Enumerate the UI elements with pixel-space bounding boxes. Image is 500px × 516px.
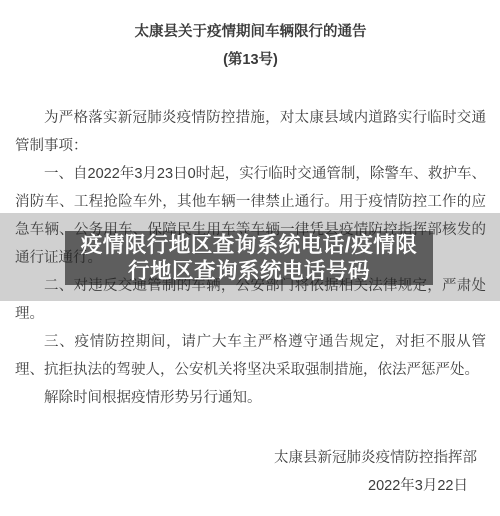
notice-document-page: 太康县关于疫情期间车辆限行的通告 (第13号) 为严格落实新冠肺炎疫情防控措施，…: [0, 0, 500, 516]
caption-overlay-text-line1: 疫情限行地区查询系统电话/疫情限: [65, 232, 433, 258]
signature-block: 太康县新冠肺炎疫情防控指挥部 2022年3月22日: [15, 444, 486, 500]
issue-date: 2022年3月22日: [15, 472, 486, 500]
caption-overlay-box: 疫情限行地区查询系统电话/疫情限 行地区查询系统电话号码: [65, 231, 433, 285]
notice-issue-number: (第13号): [15, 46, 486, 74]
caption-overlay-text-line2: 行地区查询系统电话号码: [65, 258, 433, 284]
notice-paragraph: 三、疫情防控期间，请广大车主严格遵守通告规定，对拒不服从管理、抗拒执法的驾驶人，…: [15, 328, 486, 384]
notice-title: 太康县关于疫情期间车辆限行的通告: [15, 18, 486, 46]
notice-paragraph: 解除时间根据疫情形势另行通知。: [15, 384, 486, 412]
issuing-authority: 太康县新冠肺炎疫情防控指挥部: [15, 444, 486, 472]
notice-paragraph: 为严格落实新冠肺炎疫情防控措施，对太康县域内道路实行临时交通管制事项：: [15, 104, 486, 160]
